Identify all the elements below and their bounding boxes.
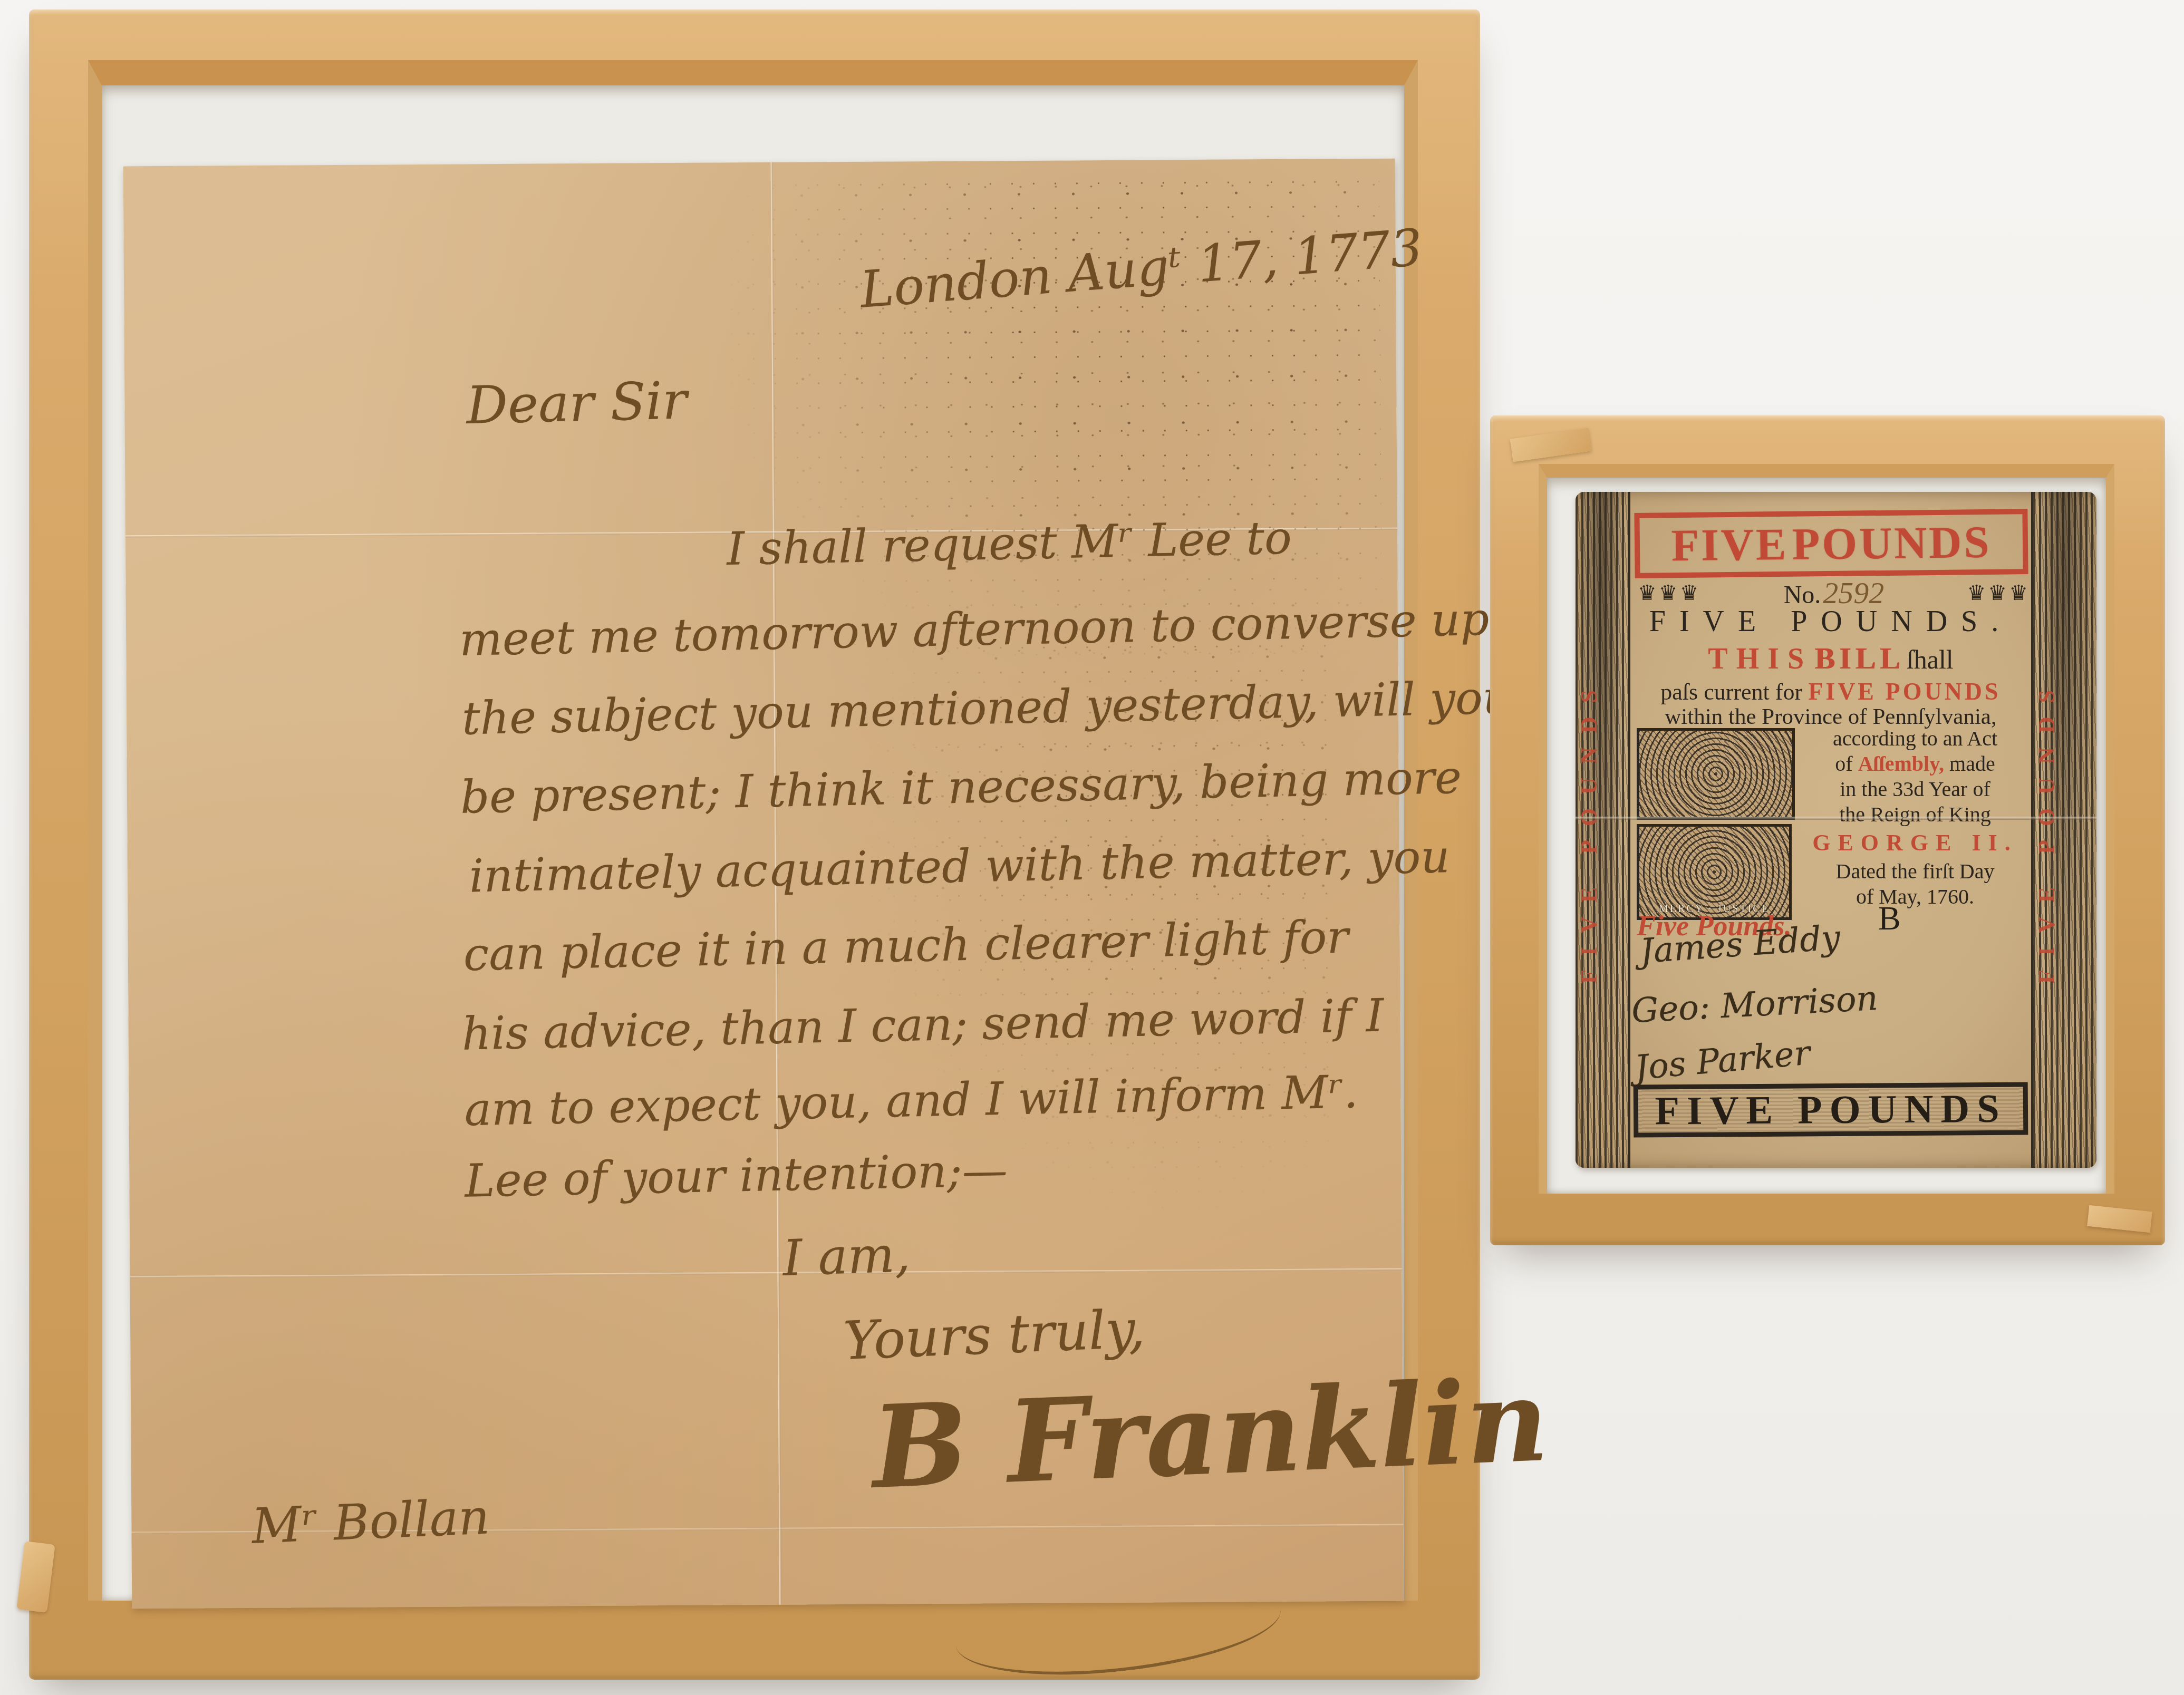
crown-ornament-left: ♛♛♛ [1638,581,1701,605]
letter-body-line: I shall request Mʳ Lee to [726,511,1292,575]
note-act-line: according to an Act [1800,726,2030,751]
letter-body-line: his advice, than I can; send me word if … [461,990,1385,1061]
tape-corner-tab [1510,428,1592,462]
five-pound-note: FIVE POUNDS FIVE POUNDS FIVE POUNDS ♛♛♛ … [1576,492,2096,1168]
note-content-panel: FIVE POUNDS ♛♛♛ No. 2592 ♛♛♛ FIVE POUNDS… [1628,492,2033,1168]
bill-word: BILL [1814,641,1905,675]
note-may-1760-line: of May, 1760. [1800,884,2030,909]
letter-body-line: meet me tomorrow afternoon to converse u… [459,592,1546,666]
letter-salutation: Dear Sir [466,371,688,436]
five-pounds-red-text: FIVE POUNDS [1808,678,2001,705]
made-word: made [1949,752,1995,776]
note-left-vertical-text: FIVE POUNDS [1576,546,1628,1114]
mercy-justice-seal: MERCY · JUSTICE [1637,824,1792,920]
note-year-line: in the 33d Year of [1800,777,2030,801]
assembly-word-red: Aſſembly, [1858,752,1944,776]
letter-body-line: be present; I think it necessary, being … [460,751,1462,824]
note-george-ii-red: GEORGE II. [1800,829,2030,856]
note-dated-line: Dated the firſt Day [1800,859,2030,884]
note-pass-current-line: paſs current for FIVE POUNDS [1635,677,2027,705]
letter-body-line: intimately acquainted with the matter, y… [469,830,1451,903]
torn-tape-tab [16,1541,55,1613]
note-signature: Jos Parker [1633,1034,1812,1088]
note-plate-letter-b: B [1878,899,1901,938]
letter-body-line: am to expect you, and I will inform Mʳ. [464,1066,1359,1136]
note-reign-line: the Reign of King [1800,802,2030,827]
letter-dateline: London Augᵗ 17, 1773 [858,218,1425,319]
franklin-signature: B Franklin [869,1353,1551,1514]
letter-addressee: Mʳ Bollan [250,1488,490,1554]
paper-fold-horizontal [130,1268,1402,1278]
letter-paper: London Augᵗ 17, 1773 Dear Sir I shall re… [123,159,1404,1609]
note-red-stamp-header: FIVE POUNDS [1634,509,2028,578]
crown-ornament-right: ♛♛♛ [1967,581,2030,605]
photo-of-framed-documents: London Augᵗ 17, 1773 Dear Sir I shall re… [0,0,2184,1695]
letter-body-line: the subject you mentioned yesterday, wil… [461,671,1512,745]
tape-corner-tab [2087,1205,2152,1233]
foliage-woodcut-block [1637,728,1795,820]
note-woodcut-left-border: FIVE POUNDS [1576,492,1628,1168]
note-denomination-caps: FIVE POUNDS. [1635,605,2027,638]
letter-body-line: Lee of your intention;— [464,1144,1008,1208]
letter-closing-i-am: I am, [782,1226,911,1287]
note-this-bill-line: THIS BILL ſhall [1635,641,2027,676]
shall-word: ſhall [1907,645,1954,674]
note-signature: Geo: Morrison [1630,979,1879,1031]
letter-body-line: can place it in a much clearer light for [463,911,1349,982]
note-right-vertical-text: FIVE POUNDS [2033,546,2096,1114]
note-woodcut-right-border: FIVE POUNDS [2033,492,2096,1168]
note-assembly-line: of Aſſembly, made [1800,751,2030,776]
of-word: of [1835,752,1852,776]
letter-closing-yours-truly: Yours truly, [842,1298,1146,1372]
pass-current-text: paſs current for [1660,679,1802,705]
this-word: THIS [1708,643,1812,675]
note-center-crease [1576,817,2096,820]
note-bottom-five-pounds-band: FIVE POUNDS [1634,1082,2028,1137]
